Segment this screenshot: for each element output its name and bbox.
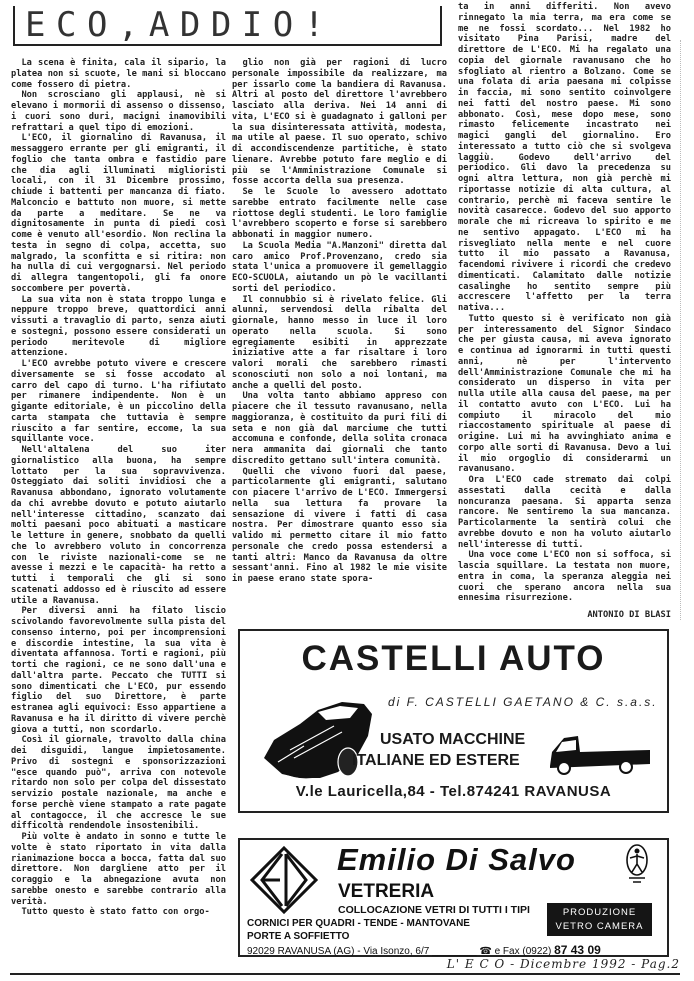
paragraph: glio non già per ragioni di lucro person… — [232, 58, 447, 187]
right-edge-divider — [680, 40, 682, 620]
article-column-left: La scena è finita, cala il sipario, la p… — [11, 58, 226, 918]
paragraph: L'ECO, il giornalino di Ravanusa, il mes… — [11, 133, 226, 294]
ad-service-line: CORNICI PER QUADRI - TENDE - MANTOVANE — [247, 918, 470, 929]
badge-line: VETRO CAMERA — [547, 920, 652, 934]
paragraph: La sua vita non è stata troppo lunga e n… — [11, 295, 226, 360]
ad-business-name: CASTELLI AUTO — [240, 639, 667, 679]
paragraph: Per diversi anni ha filato liscio scivol… — [11, 606, 226, 735]
ad-address: V.le Lauricella,84 - Tel.874241 RAVANUSA — [240, 783, 667, 800]
paragraph: Così il giornale, travolto dalla china d… — [11, 735, 226, 832]
ad-service-line: COLLOCAZIONE VETRI DI TUTTI I TIPI — [338, 904, 530, 916]
paragraph: Se le Scuole lo avessero adottato sarebb… — [232, 187, 447, 241]
paragraph: Non scrosciano gli applausi, nè si eleva… — [11, 90, 226, 133]
ad-production-badge: PRODUZIONE VETRO CAMERA — [547, 903, 652, 936]
article-column-middle: glio non già per ragioni di lucro person… — [232, 58, 447, 585]
paragraph: Ora L'ECO cade stremato dai colpi assest… — [458, 475, 671, 550]
paragraph: La Scuola Media "A.Manzoni" diretta dal … — [232, 241, 447, 295]
ed-monogram-logo-icon — [250, 846, 318, 914]
ad-owner: di F. CASTELLI GAETANO & C. s.a.s. — [388, 695, 658, 709]
paragraph: La scena è finita, cala il sipario, la p… — [11, 58, 226, 90]
ad-business-name: Emilio Di Salvo — [337, 842, 576, 878]
paragraph: Quelli che vivono fuori dal paese, parti… — [232, 467, 447, 585]
article-column-right: ta in anni differiti. Non avevo rinnegat… — [458, 2, 671, 621]
page-footer: L' E C O - Dicembre 1992 - Pag.2 — [445, 957, 680, 971]
ad-business-type: VETRERIA — [338, 881, 434, 903]
badge-line: PRODUZIONE — [547, 906, 652, 920]
ad-service-line: PORTE A SOFFIETTO — [247, 931, 349, 942]
ad-service-line: ITALIANE ED ESTERE — [352, 752, 520, 770]
paragraph: Una voce come L'ECO non si soffoca, si l… — [458, 550, 671, 604]
paragraph: Tutto questo è stato fatto con orgo- — [11, 907, 226, 918]
author-signature: ANTONIO DI BLASI — [458, 610, 671, 621]
paragraph: L'ECO avrebbe potuto vivere e crescere d… — [11, 359, 226, 445]
paragraph: ta in anni differiti. Non avevo rinnegat… — [458, 2, 671, 314]
paragraph: Nell'altalena del suo iter giornalistico… — [11, 445, 226, 606]
advertisement-castelli-auto: CASTELLI AUTO di F. CASTELLI GAETANO & C… — [238, 629, 669, 813]
paragraph: Il connubbio si è rivelato felice. Gli a… — [232, 295, 447, 392]
ad-address-text: 92029 RAVANUSA (AG) - Via Isonzo, 6/7 __… — [247, 946, 551, 957]
ad-address: 92029 RAVANUSA (AG) - Via Isonzo, 6/7 __… — [247, 943, 662, 957]
glass-figure-icon — [624, 844, 650, 888]
headline-box: ECO,ADDIO! — [13, 6, 442, 46]
pickup-truck-icon — [548, 732, 653, 776]
advertisement-emilio-di-salvo: Emilio Di Salvo VETRERIA COLLOCAZIONE VE… — [238, 838, 669, 957]
headline: ECO,ADDIO! — [25, 6, 335, 44]
ad-phone-number: 87 43 09 — [554, 943, 601, 957]
paragraph: Più volte è andato in sonno e tutte le v… — [11, 832, 226, 907]
paragraph: Una volta tanto abbiamo appreso con piac… — [232, 391, 447, 466]
ad-service-line: USATO MACCHINE — [380, 731, 525, 749]
paragraph: Tutto questo si è verificato non già per… — [458, 314, 671, 475]
footer-rule — [10, 973, 680, 975]
